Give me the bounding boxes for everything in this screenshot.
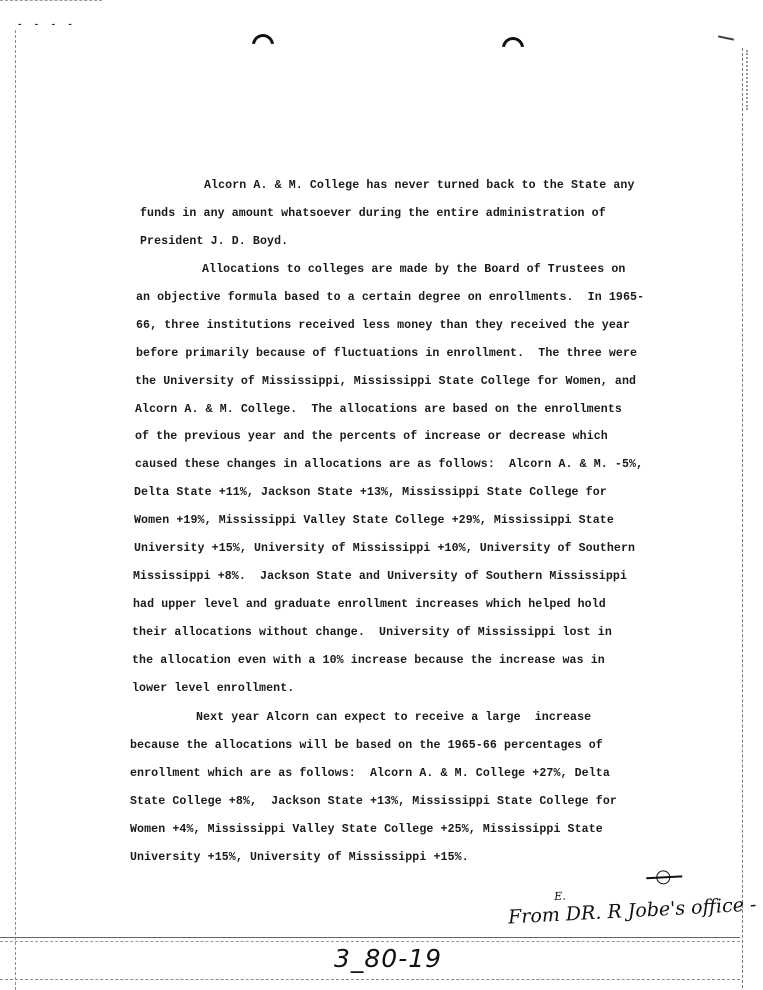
handwritten-annotation: E. From DR. R Jobe's office - (508, 894, 757, 929)
text-line: funds in any amount whatsoever during th… (140, 200, 635, 228)
handwritten-stroke (656, 870, 671, 885)
scan-edge-dots (0, 0, 102, 3)
text-line: Women +4%, Mississippi Valley State Coll… (130, 816, 617, 844)
punch-hole-icon (252, 34, 274, 56)
text-line: caused these changes in allocations are … (135, 451, 644, 479)
text-line: enrollment which are as follows: Alcorn … (130, 760, 617, 788)
paragraph-2: Allocations to colleges are made by the … (136, 256, 644, 703)
divider (0, 979, 740, 980)
text-line: Mississippi +8%. Jackson State and Unive… (133, 563, 644, 591)
text-line: Allocations to colleges are made by the … (136, 256, 644, 284)
paragraph-3: Next year Alcorn can expect to receive a… (130, 704, 617, 871)
text-line: Delta State +11%, Jackson State +13%, Mi… (134, 479, 644, 507)
handwritten-initial: E. (554, 889, 566, 903)
text-line: President J. D. Boyd. (140, 228, 635, 256)
divider (0, 941, 740, 942)
text-line: Alcorn A. & M. College has never turned … (140, 172, 635, 200)
text-line: Next year Alcorn can expect to receive a… (130, 704, 617, 732)
page-code: 3_80-19 (334, 944, 442, 973)
divider (0, 937, 740, 938)
text-line: their allocations without change. Univer… (132, 619, 644, 647)
text-line: had upper level and graduate enrollment … (133, 591, 644, 619)
corner-marks: - - - - (17, 20, 76, 30)
handwritten-note: From DR. R Jobe's office - (508, 894, 757, 929)
text-line: of the previous year and the percents of… (135, 423, 644, 451)
punch-hole-icon (502, 37, 524, 59)
text-line: because the allocations will be based on… (130, 732, 617, 760)
text-line: before primarily because of fluctuations… (136, 340, 644, 368)
text-line: the University of Mississippi, Mississip… (135, 368, 644, 396)
text-line: Women +19%, Mississippi Valley State Col… (134, 507, 644, 535)
text-line: the allocation even with a 10% increase … (132, 647, 644, 675)
scan-right-edge (742, 48, 743, 988)
text-line: University +15%, University of Mississip… (130, 844, 617, 872)
text-line: University +15%, University of Mississip… (134, 535, 644, 563)
text-line: an objective formula based to a certain … (136, 284, 644, 312)
text-line: lower level enrollment. (132, 675, 644, 703)
scan-corner-mark (718, 35, 734, 40)
text-line: State College +8%, Jackson State +13%, M… (130, 788, 617, 816)
scan-right-edge-marks (746, 50, 748, 110)
scanned-document-page: - - - - Alcorn A. & M. College has never… (0, 0, 763, 990)
text-line: Alcorn A. & M. College. The allocations … (135, 396, 644, 424)
paragraph-1: Alcorn A. & M. College has never turned … (140, 172, 635, 256)
scan-left-edge (15, 30, 16, 990)
text-line: 66, three institutions received less mon… (136, 312, 644, 340)
